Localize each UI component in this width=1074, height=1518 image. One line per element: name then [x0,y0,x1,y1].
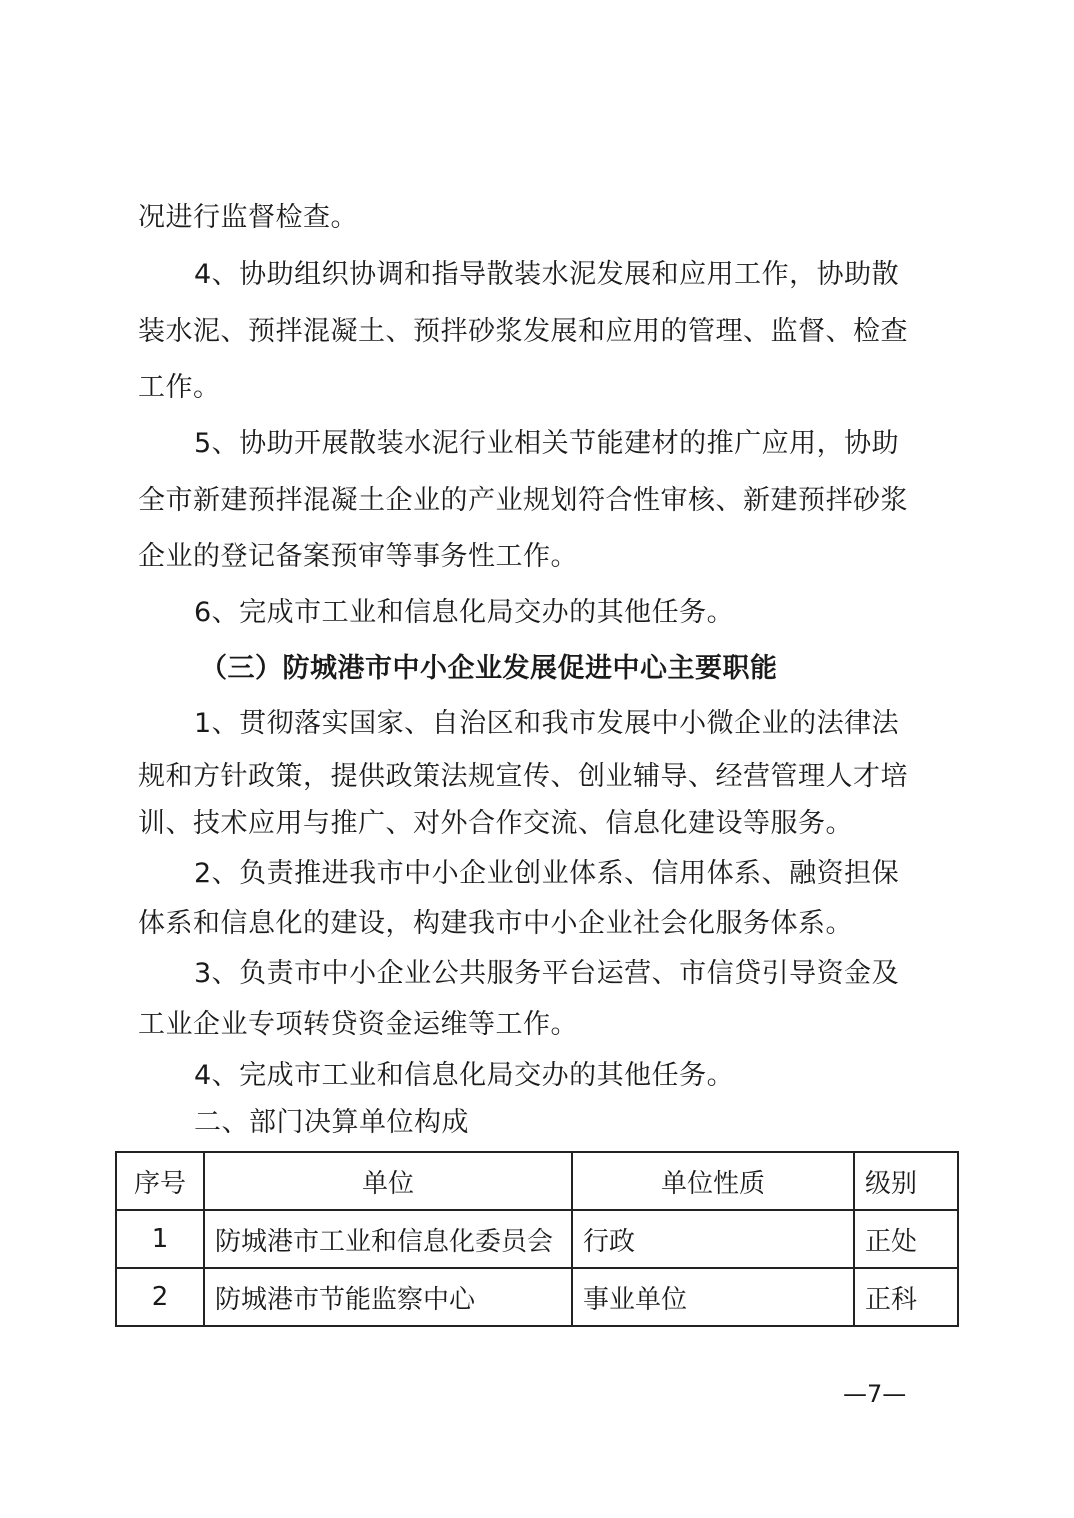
paragraph-line: 装水泥、预拌混凝土、预拌砂浆发展和应用的管理、监督、检查 [138,315,908,349]
cell-level: 正处 [854,1210,958,1268]
paragraph-line: 工业企业专项转贷资金运维等工作。 [138,1008,578,1042]
paragraph-line: 规和方针政策，提供政策法规宣传、创业辅导、经营管理人才培 [138,760,908,794]
paragraph-line: 训、技术应用与推广、对外合作交流、信息化建设等服务。 [138,807,853,841]
cell-index: 2 [116,1268,204,1326]
section-heading: 二、部门决算单位构成 [194,1106,469,1140]
paragraph-line: 企业的登记备案预审等事务性工作。 [138,540,578,574]
cell-unit: 防城港市工业和信息化委员会 [204,1210,572,1268]
table-header-row: 序号 单位 单位性质 级别 [116,1152,958,1210]
header-index: 序号 [116,1152,204,1210]
page-number: —7— [843,1380,906,1408]
paragraph-line: 况进行监督检查。 [138,201,358,235]
paragraph-line: 5、协助开展散装水泥行业相关节能建材的推广应用，协助 [194,427,899,461]
unit-composition-table: 序号 单位 单位性质 级别 1 防城港市工业和信息化委员会 行政 正处 2 防城… [115,1151,959,1327]
cell-nature: 行政 [572,1210,854,1268]
table-row: 2 防城港市节能监察中心 事业单位 正科 [116,1268,958,1326]
table-row: 1 防城港市工业和信息化委员会 行政 正处 [116,1210,958,1268]
paragraph-line: 全市新建预拌混凝土企业的产业规划符合性审核、新建预拌砂浆 [138,484,908,518]
cell-index: 1 [116,1210,204,1268]
header-unit: 单位 [204,1152,572,1210]
paragraph-line: 3、负责市中小企业公共服务平台运营、市信贷引导资金及 [194,957,899,991]
paragraph-line: 1、贯彻落实国家、自治区和我市发展中小微企业的法律法 [194,707,899,741]
header-nature: 单位性质 [572,1152,854,1210]
header-level: 级别 [854,1152,958,1210]
paragraph-line: 4、完成市工业和信息化局交办的其他任务。 [194,1059,734,1093]
cell-level: 正科 [854,1268,958,1326]
cell-unit: 防城港市节能监察中心 [204,1268,572,1326]
paragraph-line: 体系和信息化的建设，构建我市中小企业社会化服务体系。 [138,907,853,941]
paragraph-line: 6、完成市工业和信息化局交办的其他任务。 [194,596,734,630]
paragraph-line: 4、协助组织协调和指导散装水泥发展和应用工作，协助散 [194,258,899,292]
paragraph-line: 2、负责推进我市中小企业创业体系、信用体系、融资担保 [194,857,899,891]
paragraph-line: 工作。 [138,371,221,405]
section-heading: （三）防城港市中小企业发展促进中心主要职能 [200,652,778,686]
cell-nature: 事业单位 [572,1268,854,1326]
